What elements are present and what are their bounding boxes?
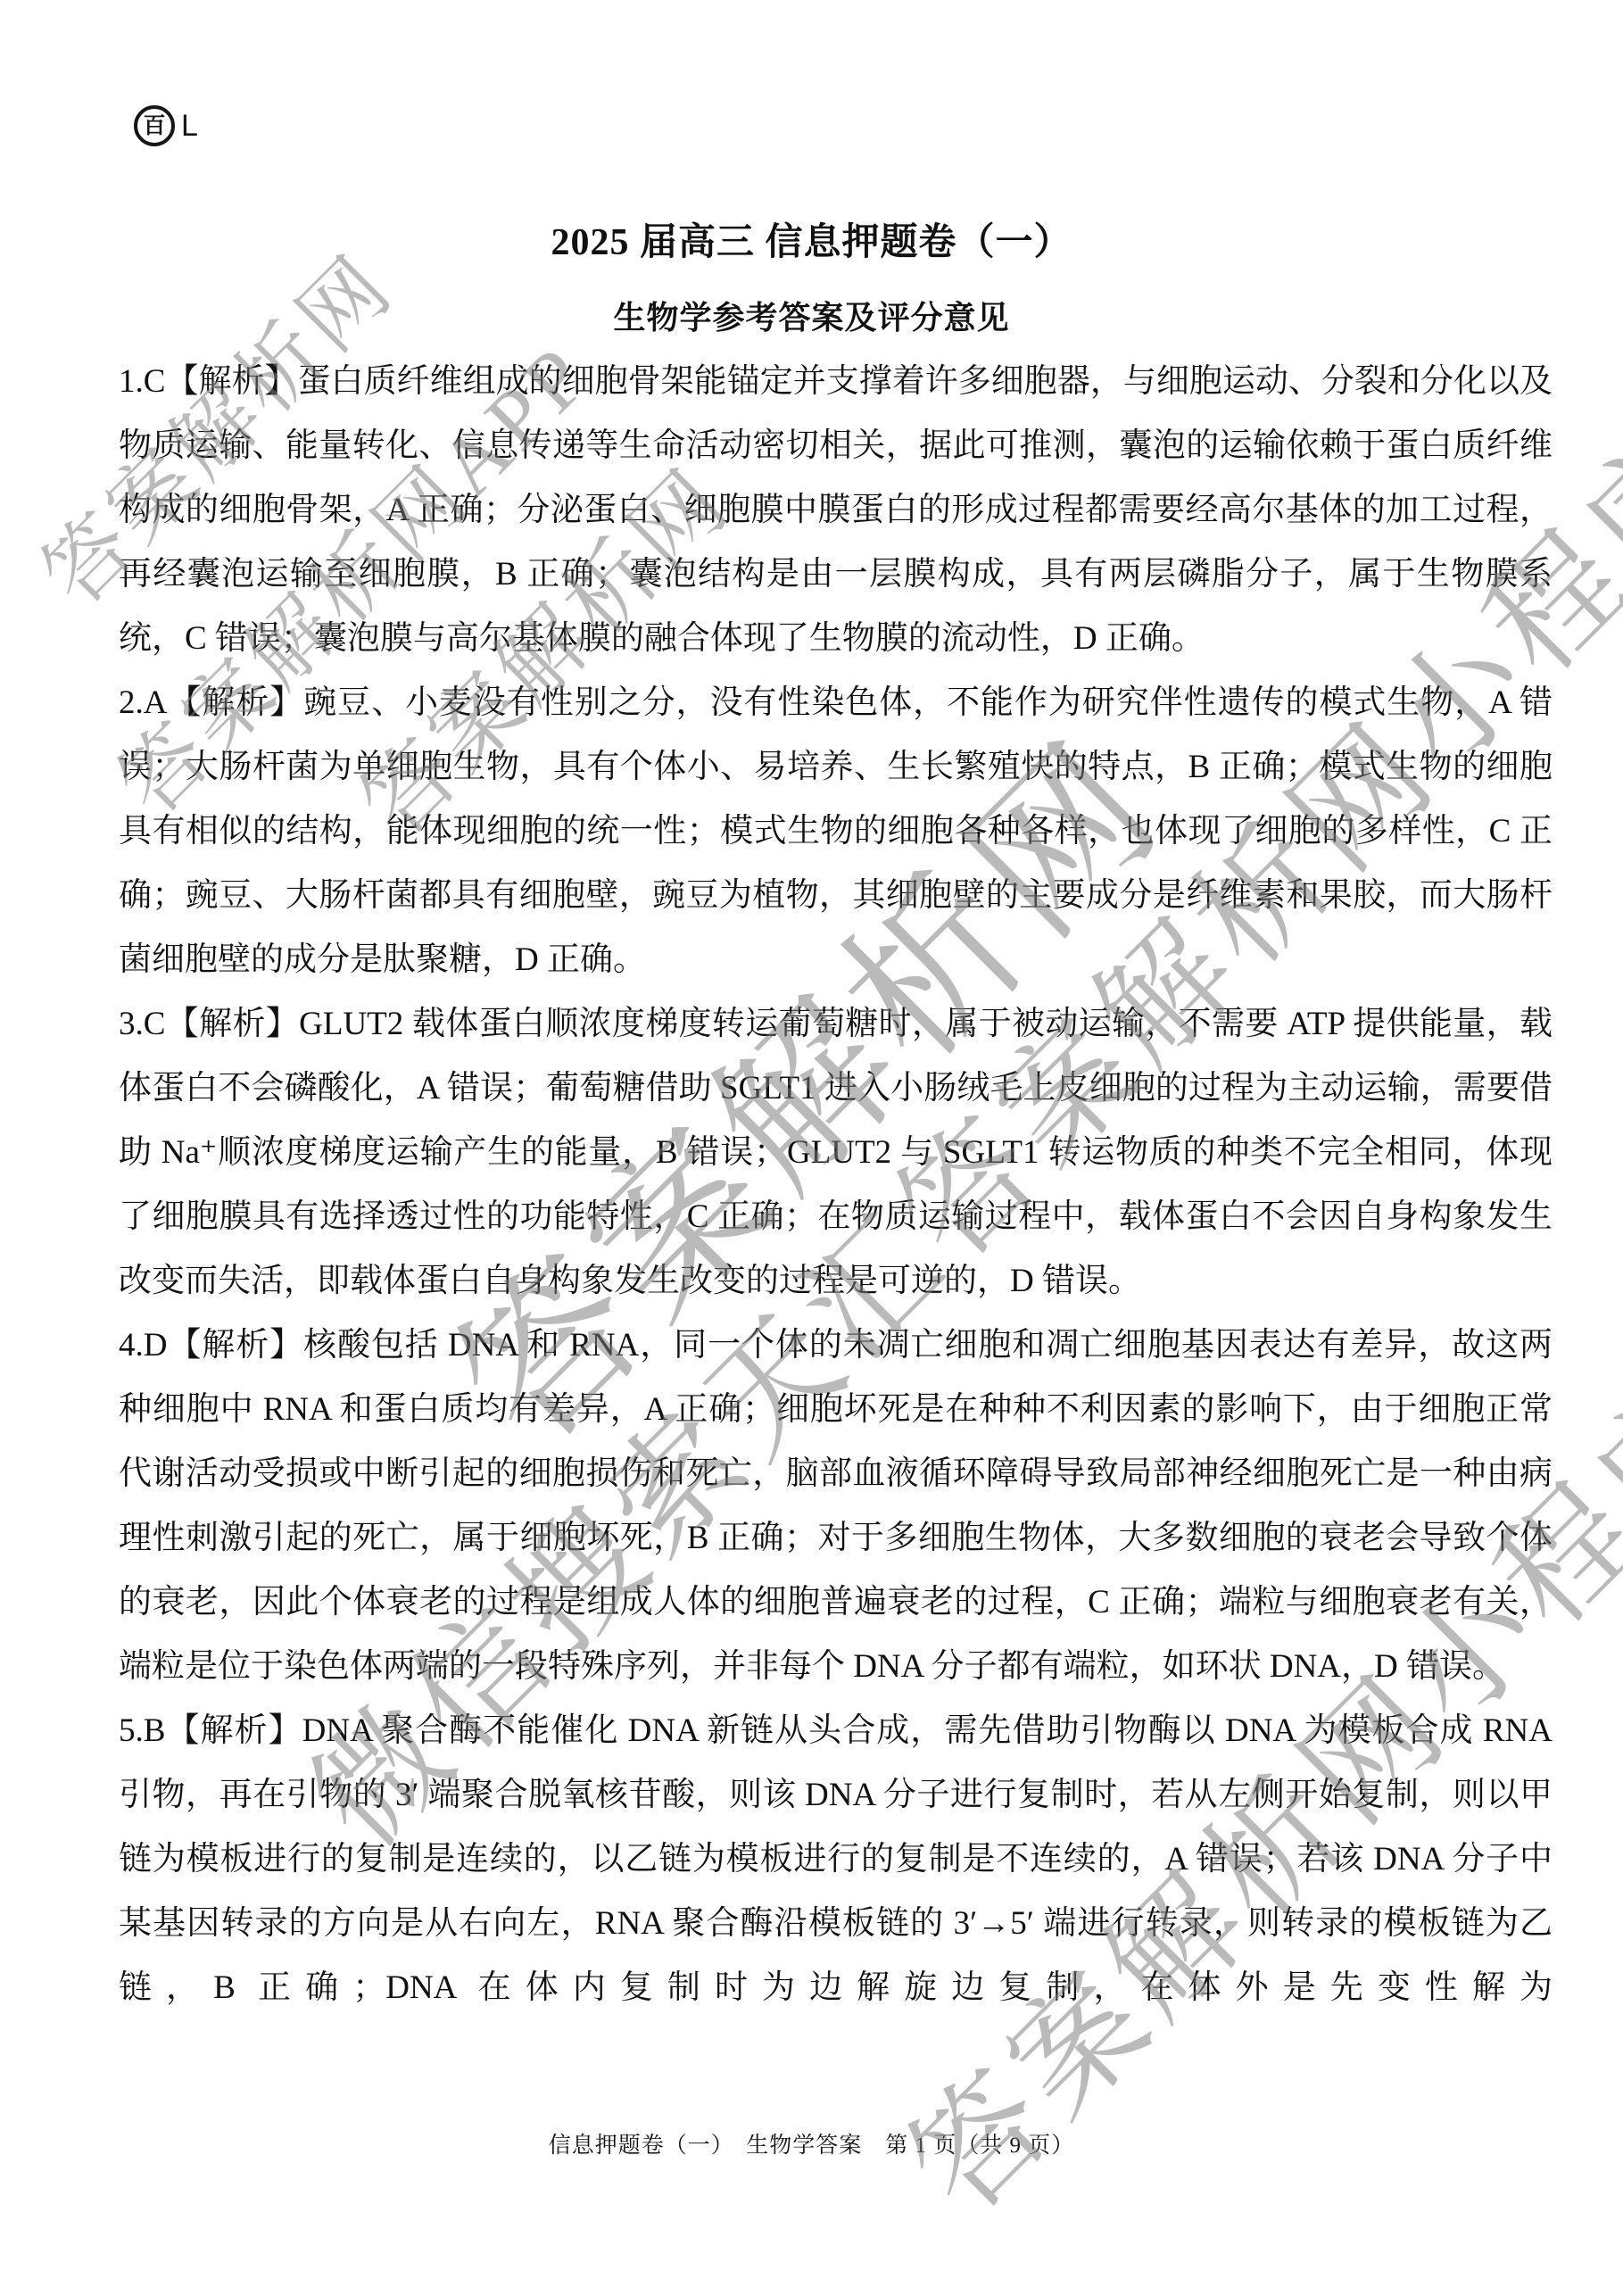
- analysis-marker: 【解析】: [165, 1006, 299, 1042]
- answer-item: 4.D【解析】核酸包括 DNA 和 RNA，同一个体的未凋亡细胞和凋亡细胞基因表…: [119, 1314, 1553, 1699]
- analysis-marker: 【解析】: [165, 363, 297, 400]
- circle-logo-icon: 百: [134, 105, 175, 146]
- answer-number: 4.D: [119, 1327, 167, 1364]
- analysis-marker: 【解析】: [167, 1327, 303, 1364]
- answer-item: 2.A【解析】豌豆、小麦没有性别之分，没有性染色体，不能作为研究伴性遗传的模式生…: [119, 671, 1553, 992]
- page-footer: 信息押题卷（一） 生物学答案 第 1 页（共 9 页）: [0, 2127, 1623, 2159]
- answer-text: GLUT2 载体蛋白顺浓度梯度转运葡萄糖时，属于被动运输，不需要 ATP 提供能…: [119, 1006, 1553, 1299]
- document-page: 答案解析网 答案解析网APP 答案解析网 答案解析网 微信搜索天汇答案解析网小程…: [0, 0, 1623, 2296]
- answer-text: 豌豆、小麦没有性别之分，没有性染色体，不能作为研究伴性遗传的模式生物，A 错误；…: [119, 684, 1553, 978]
- publisher-logo: 百 L: [134, 105, 198, 146]
- answer-number: 3.C: [119, 1006, 165, 1042]
- page-subtitle: 生物学参考答案及评分意见: [0, 293, 1623, 338]
- answer-number: 5.B: [119, 1712, 165, 1749]
- logo-letter: L: [181, 111, 198, 141]
- answer-body: 1.C【解析】蛋白质纤维组成的细胞骨架能锚定并支撑着许多细胞器，与细胞运动、分裂…: [119, 350, 1553, 2020]
- answer-text: 蛋白质纤维组成的细胞骨架能锚定并支撑着许多细胞器，与细胞运动、分裂和分化以及物质…: [119, 363, 1553, 657]
- answer-item: 1.C【解析】蛋白质纤维组成的细胞骨架能锚定并支撑着许多细胞器，与细胞运动、分裂…: [119, 350, 1553, 671]
- answer-item: 5.B【解析】DNA 聚合酶不能催化 DNA 新链从头合成，需先借助引物酶以 D…: [119, 1699, 1553, 2020]
- answer-number: 1.C: [119, 363, 165, 400]
- answer-text: 核酸包括 DNA 和 RNA，同一个体的未凋亡细胞和凋亡细胞基因表达有差异，故这…: [119, 1327, 1553, 1685]
- answer-text: DNA 聚合酶不能催化 DNA 新链从头合成，需先借助引物酶以 DNA 为模板合…: [119, 1712, 1553, 2006]
- answer-number: 2.A: [119, 684, 167, 721]
- analysis-marker: 【解析】: [165, 1712, 302, 1749]
- answer-item: 3.C【解析】GLUT2 载体蛋白顺浓度梯度转运葡萄糖时，属于被动运输，不需要 …: [119, 992, 1553, 1314]
- page-title: 2025 届高三 信息押题卷（一）: [0, 212, 1623, 266]
- analysis-marker: 【解析】: [167, 684, 303, 721]
